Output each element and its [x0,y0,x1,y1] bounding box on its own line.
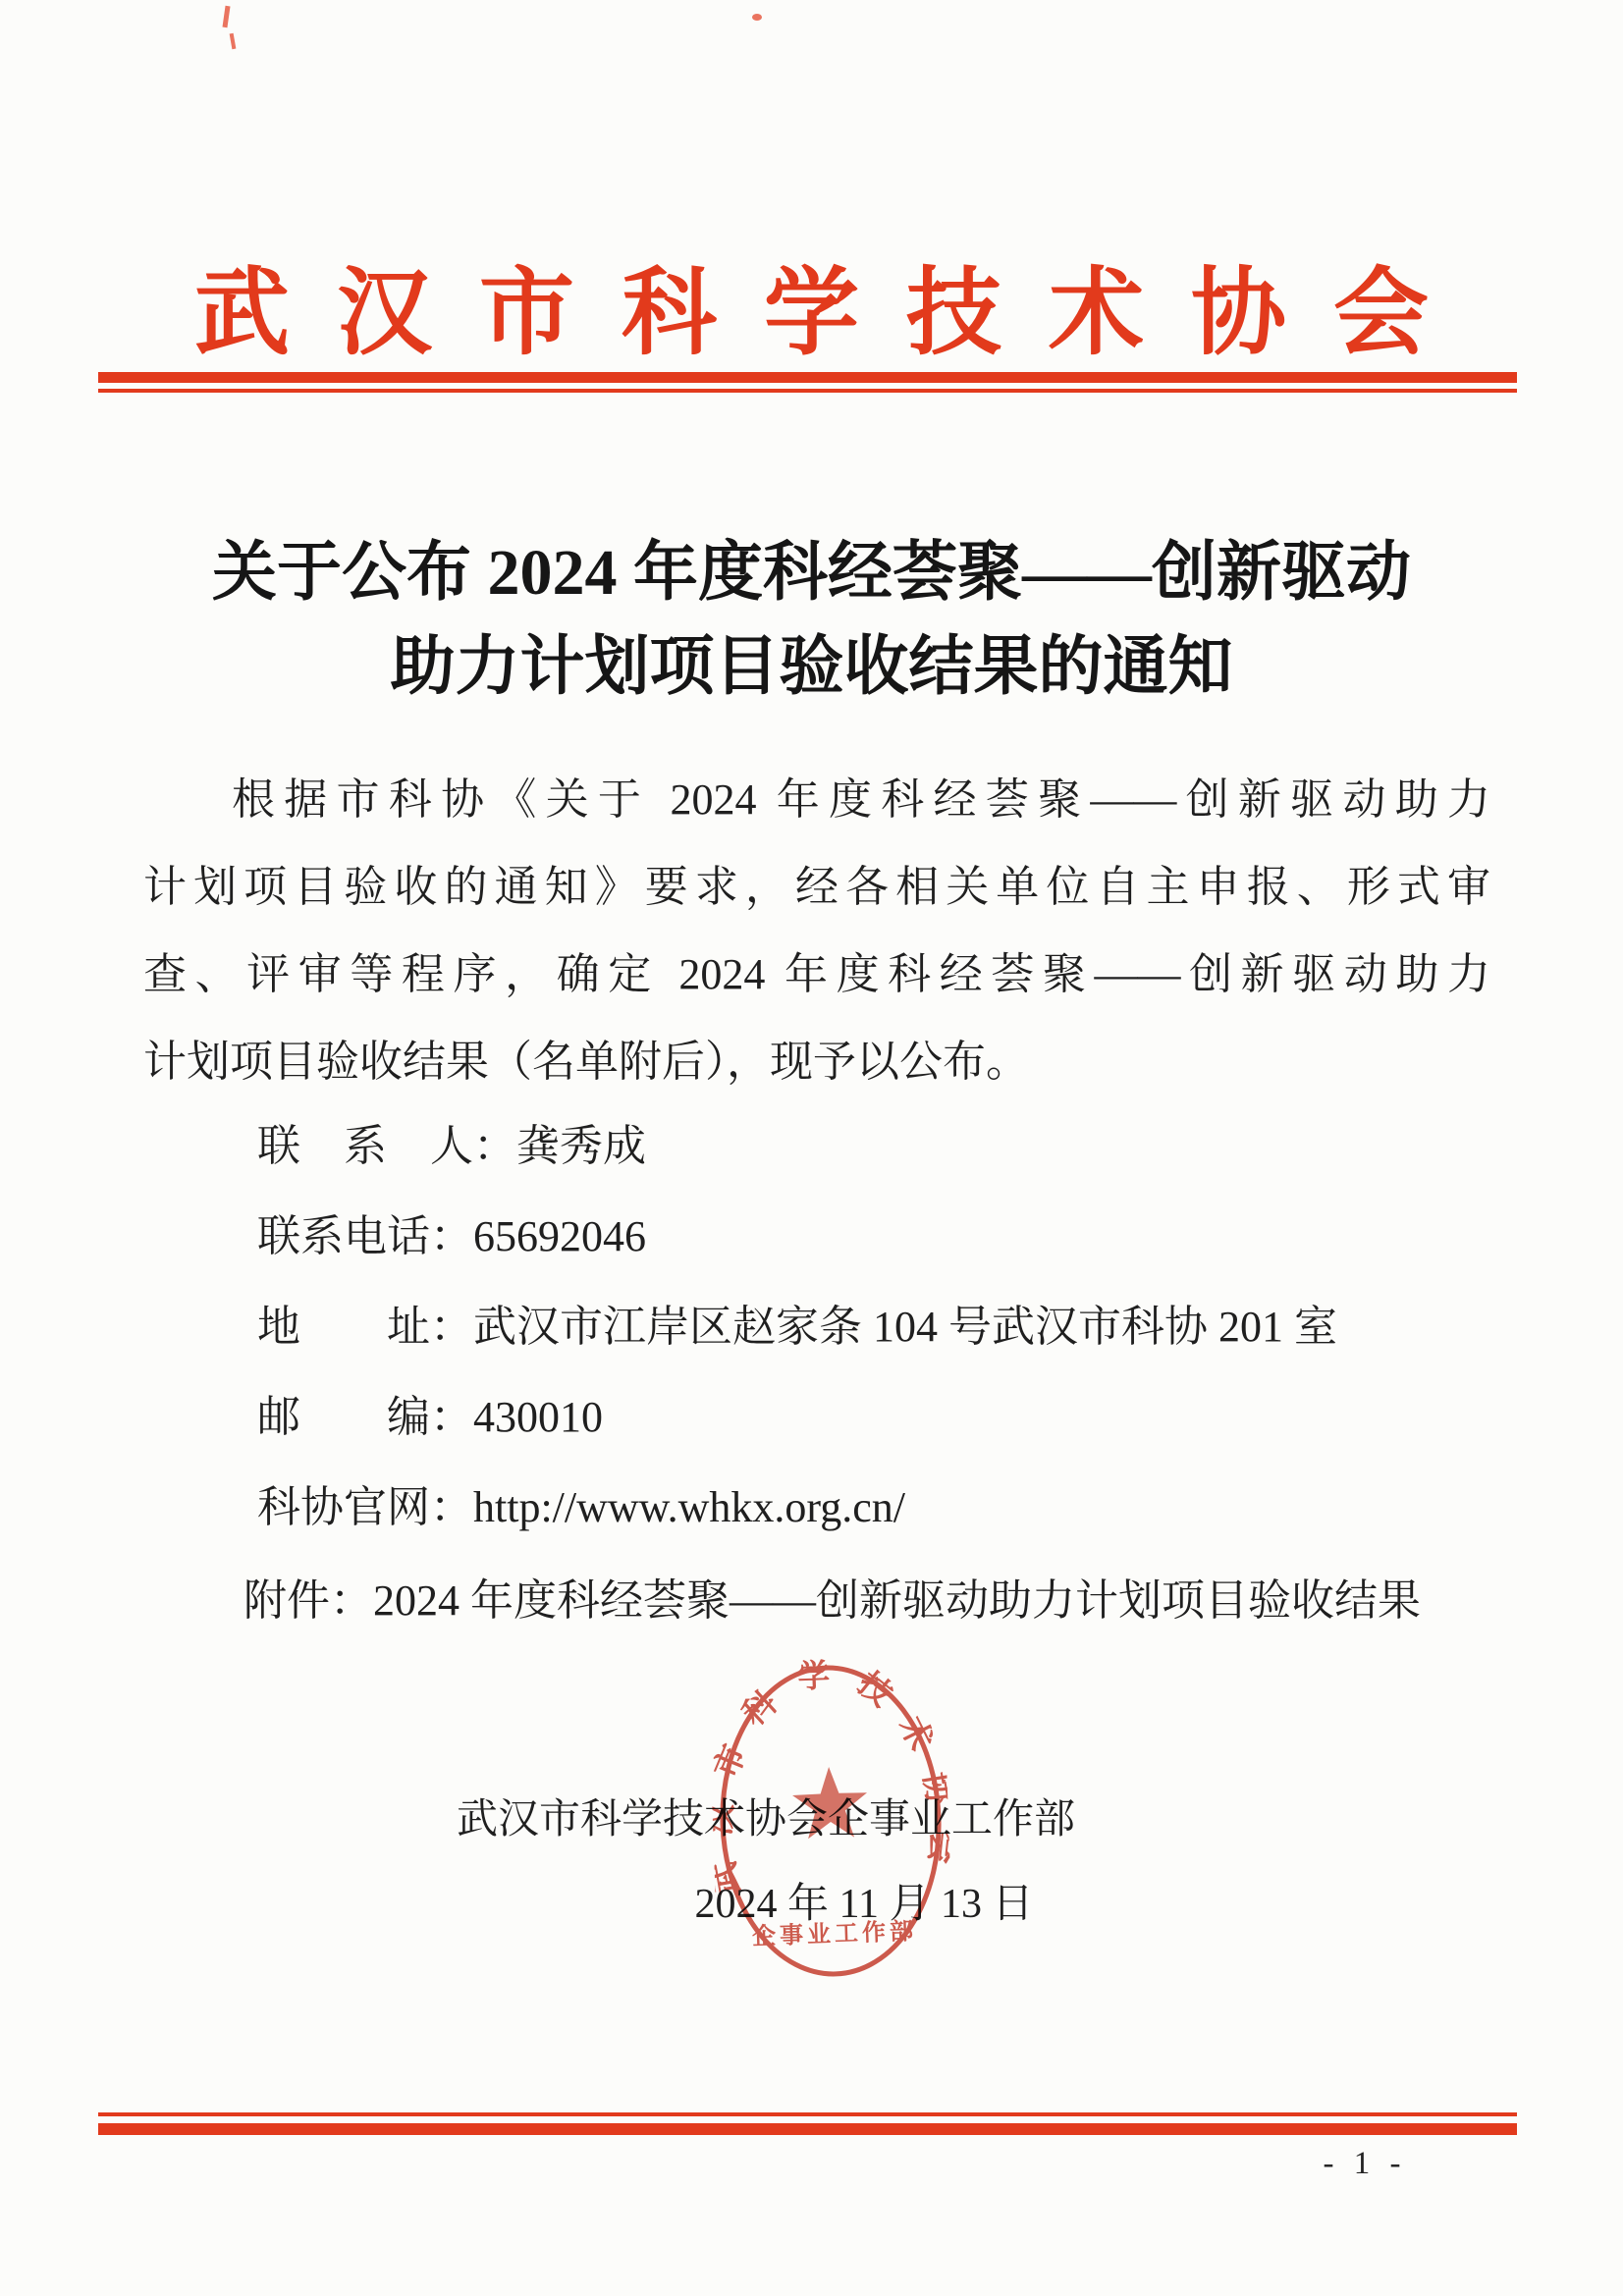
contact-postcode: 430010 [473,1393,603,1441]
contact-row-phone: 联系电话：65692046 [257,1192,1514,1282]
body-line: 根据市科协《关于 2024 年度科经荟聚——创新驱动助力 [143,756,1490,843]
body-paragraph: 根据市科协《关于 2024 年度科经荟聚——创新驱动助力 计划项目验收的通知》要… [143,756,1490,1105]
scan-artifact [752,14,762,21]
org-name-header: 武汉市科学技术协会 [98,236,1525,373]
document-page: 武汉市科学技术协会 关于公布 2024 年度科经荟聚——创新驱动 助力计划项目验… [0,0,1623,2296]
contact-info: 联 系 人：龚秀成 联系电话：65692046 地 址：武汉市江岸区赵家条 10… [257,1101,1514,1553]
red-divider-thick-top [98,372,1517,383]
document-title-line2: 助力计划项目验收结果的通知 [118,620,1505,715]
document-title: 关于公布 2024 年度科经荟聚——创新驱动 助力计划项目验收结果的通知 [118,526,1505,715]
contact-address: 武汉市江岸区赵家条 104 号武汉市科协 201 室 [473,1303,1337,1351]
red-divider-thick-bottom [98,2123,1517,2135]
website-url: http://www.whkx.org.cn/ [473,1483,905,1531]
contact-label: 联 系 人： [257,1122,516,1170]
contact-label: 联系电话： [257,1212,473,1260]
seal-bottom-text: 企事业工作部 [752,1917,918,1950]
contact-person-name: 龚秀成 [516,1122,646,1170]
document-title-line1: 关于公布 2024 年度科经荟聚——创新驱动 [118,526,1505,620]
star-icon [791,1766,868,1840]
contact-row-address: 地 址：武汉市江岸区赵家条 104 号武汉市科协 201 室 [257,1282,1514,1372]
body-line: 计划项目验收结果（名单附后），现予以公布。 [143,1018,1490,1105]
contact-row-website: 科协官网：http://www.whkx.org.cn/ [257,1463,1514,1553]
contact-row-postcode: 邮 编：430010 [257,1372,1514,1463]
scan-artifact [222,6,230,27]
page-number: - 1 - [1301,2146,1429,2182]
contact-label: 地 址： [257,1303,473,1351]
contact-label: 邮 编： [257,1393,473,1441]
contact-phone-number: 65692046 [473,1212,646,1260]
body-line: 计划项目验收的通知》要求，经各相关单位自主申报、形式审 [143,843,1490,931]
scan-artifact [230,33,237,49]
red-divider-thin-bottom [98,2112,1517,2116]
contact-row-person: 联 系 人：龚秀成 [257,1101,1514,1192]
body-line: 查、评审等程序，确定 2024 年度科经荟聚——创新驱动助力 [143,931,1490,1018]
contact-label: 科协官网： [257,1483,473,1531]
red-divider-thin-top [98,389,1517,393]
attachment-line: 附件：2024 年度科经荟聚——创新驱动助力计划项目验收结果 [243,1565,1549,1628]
official-seal-stamp: 武汉市科学技术协会 企事业工作部 [707,1655,953,1987]
